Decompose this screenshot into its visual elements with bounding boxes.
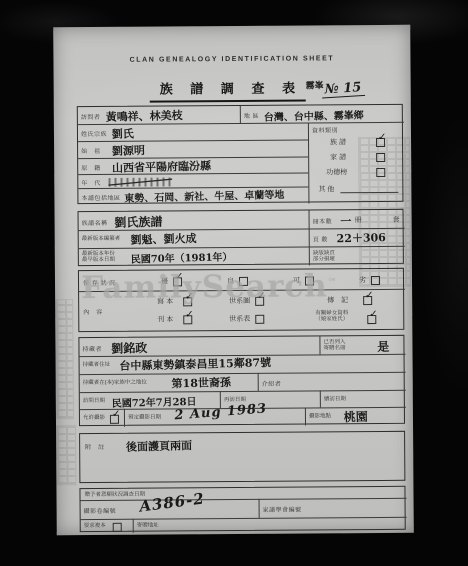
holder-name: 劉銘政 <box>111 339 147 357</box>
checkbox-merit-board[interactable] <box>376 168 385 177</box>
form-title: 族 譜 調 查 表 <box>150 77 307 102</box>
content-option-label: 刊 本 <box>157 314 173 324</box>
grid-line <box>78 139 308 142</box>
checkbox-fair[interactable] <box>305 276 314 285</box>
count-unit2: 套 <box>393 215 400 225</box>
grid-line <box>80 390 406 393</box>
era-label: 年 代 <box>81 178 101 187</box>
genealogy-title-value: 劉氏族譜 <box>114 213 162 231</box>
grid-line <box>309 210 310 265</box>
send-address-label: 寄贈地址 <box>137 523 159 529</box>
checkbox-manuscript[interactable]: ✓ <box>183 297 192 306</box>
scan-background: CLAN GENEALOGY IDENTIFICATION SHEET 族 譜 … <box>0 0 468 566</box>
gs-number-label: 家譜學會編號 <box>263 505 302 514</box>
grid-line <box>258 373 259 391</box>
area-value: 台灣、台中縣、霧峯鄉 <box>264 106 364 123</box>
founder-label: 始 祖 <box>81 146 101 155</box>
material-option-label: 功德榜 <box>326 167 347 177</box>
condition-option-label: 良 <box>227 276 234 286</box>
admin-header: 贈予者意願狀況調查日期 <box>84 492 145 498</box>
surname-value: 劉氏 <box>112 125 134 142</box>
crossed-out-entry <box>108 177 172 186</box>
followup-date-label: 續訪日期 <box>324 396 346 402</box>
checkbox-copy-request[interactable] <box>113 523 122 532</box>
holder-address: 台中縣東勢鎮泰昌里15鄰87號 <box>119 354 271 374</box>
count-value: 一 <box>340 213 351 229</box>
surname-label: 姓氏宗族 <box>81 129 107 138</box>
genealogy-title-label: 族譜名稱 <box>82 218 108 227</box>
checkbox-women-data[interactable]: ✓ <box>367 315 376 324</box>
count-unit: 冊 <box>355 215 362 225</box>
grid-line <box>133 519 134 533</box>
other-fill-line <box>340 192 398 193</box>
coverage-value: 東勢、石岡、新社、牛屋、卓蘭等地 <box>124 186 284 205</box>
film-place: 桃園 <box>344 408 368 426</box>
content-option-label: 寫 本 <box>157 296 173 306</box>
content-label: 內 容 <box>83 307 103 316</box>
year-label: 最新版本年份最早版本日期 <box>82 251 115 263</box>
interviewer-label: 訪問者 <box>81 112 101 121</box>
compiler-value: 劉魁、劉火成 <box>130 230 196 248</box>
holder-position-label: 持藏者在(本)家族中之地位 <box>83 380 147 386</box>
checkbox-film-permitted[interactable]: ✓ <box>110 415 119 424</box>
faint-stamp-left <box>55 299 74 419</box>
english-header: CLAN GENEALOGY IDENTIFICATION SHEET <box>53 55 410 64</box>
paper-sheet: CLAN GENEALOGY IDENTIFICATION SHEET 族 譜 … <box>53 25 414 535</box>
grid-line <box>259 499 260 518</box>
listed-label: 已否列入寄贈名冊 <box>323 339 345 351</box>
checkbox-poor[interactable] <box>371 276 380 285</box>
copy-request-label: 要求複本 <box>84 523 106 529</box>
introducer-label: 介紹者 <box>262 379 282 388</box>
content-option-label: 世系表 <box>229 314 250 324</box>
locality-note: 霧峯 <box>306 81 317 90</box>
checkbox-clan-genealogy[interactable]: ✓ <box>376 138 385 147</box>
film-number-label: 攝影卷編號 <box>84 506 117 515</box>
material-option-label: 族 譜 <box>330 137 346 147</box>
count-label: 冊本數 <box>313 216 333 225</box>
compiler-label: 最新版本編纂者 <box>82 236 121 242</box>
film-place-label: 攝影地點 <box>309 413 331 419</box>
grid-line <box>305 407 306 425</box>
content-option-label: 世系圖 <box>229 296 250 306</box>
material-other-label: 其 他 <box>318 184 334 194</box>
sheet-number: № 15 <box>321 80 365 99</box>
holder-label: 持藏者 <box>82 344 102 353</box>
condition-label: 保 存 狀 況 <box>83 278 116 287</box>
grid-line <box>81 498 407 501</box>
holder-table: 持藏者 劉銘政 已否列入寄贈名冊 是 持藏者住址 台中縣東勢鎮泰昌里15鄰87號… <box>78 335 405 426</box>
interviewer-value: 黃鳴祥、林美枝 <box>106 107 183 125</box>
material-option-label: 家 譜 <box>330 152 346 162</box>
listed-value: 是 <box>377 338 389 355</box>
grid-line <box>320 390 321 407</box>
notes-label: 附 註 <box>85 442 105 451</box>
grid-line <box>124 409 125 427</box>
coverage-label: 本譜包括地區 <box>81 193 120 202</box>
damage-label: 缺版缺頁部分損壞 <box>313 250 335 262</box>
pages-value: 22＋306 <box>336 229 386 246</box>
checkbox-lineage-chart[interactable]: ✓ <box>255 297 264 306</box>
checkbox-family-genealogy[interactable] <box>376 153 385 162</box>
checkbox-printed[interactable]: ✓ <box>183 315 192 324</box>
holder-position: 第18世裔孫 <box>171 374 231 391</box>
grid-line <box>319 336 320 354</box>
faint-stamp-bottom-left <box>56 425 76 485</box>
grid-line <box>79 289 405 292</box>
checkbox-lineage-table[interactable] <box>255 315 264 324</box>
women-data-label: 有關婦女資料（娘家姓氏） <box>315 310 348 322</box>
checkbox-excellent[interactable]: ✓ <box>173 277 182 286</box>
condition-table: 保 存 狀 況 優 ✓ 良 可 劣 內 容 寫 本 ✓ 世系圖 ✓ 傳 記 ✓ … <box>78 268 404 332</box>
material-title: 資料類別 <box>312 125 338 134</box>
grid-line <box>79 246 405 249</box>
origin-label: 原 籍 <box>81 163 101 172</box>
grid-line <box>81 517 407 520</box>
condition-option-label: 優 <box>161 276 168 286</box>
pages-label: 頁 數 <box>313 234 328 243</box>
film-number: A386-2 <box>138 489 205 515</box>
volume-info-table: 族譜名稱 劉氏族譜 最新版本編纂者 劉魁、劉火成 最新版本年份最早版本日期 民國… <box>78 209 404 266</box>
checkbox-biographies[interactable]: ✓ <box>363 296 372 305</box>
content-option-label: 傳 記 <box>327 295 348 305</box>
notes-value: 後面護頁兩面 <box>126 437 192 455</box>
condition-option-label: 劣 <box>359 275 366 285</box>
grid-line <box>78 172 308 175</box>
grid-line <box>240 106 241 123</box>
founder-value: 劉源明 <box>112 142 145 159</box>
holder-address-label: 持藏者住址 <box>83 362 111 368</box>
year-value: 民國70年（1981年） <box>131 248 233 265</box>
visit-date-label: 訪問日期 <box>83 398 105 404</box>
film-date-label: 預定攝影日期 <box>128 415 161 421</box>
admin-table: 贈予者意願狀況調查日期 攝影卷編號 A386-2 家譜學會編號 要求複本 寄贈地… <box>79 486 405 532</box>
grid-line <box>308 122 310 203</box>
checkbox-good[interactable] <box>239 277 248 286</box>
condition-option-label: 可 <box>293 276 300 286</box>
permit-label: 允許攝影 <box>83 415 105 421</box>
notes-table: 附 註 後面護頁兩面 <box>79 431 405 483</box>
basic-info-table: 訪問者 黃鳴祥、林美枝 地 區 台灣、台中縣、霧峯鄉 姓氏宗族 劉氏 始 祖 劉… <box>77 104 404 204</box>
area-label: 地 區 <box>244 111 259 120</box>
